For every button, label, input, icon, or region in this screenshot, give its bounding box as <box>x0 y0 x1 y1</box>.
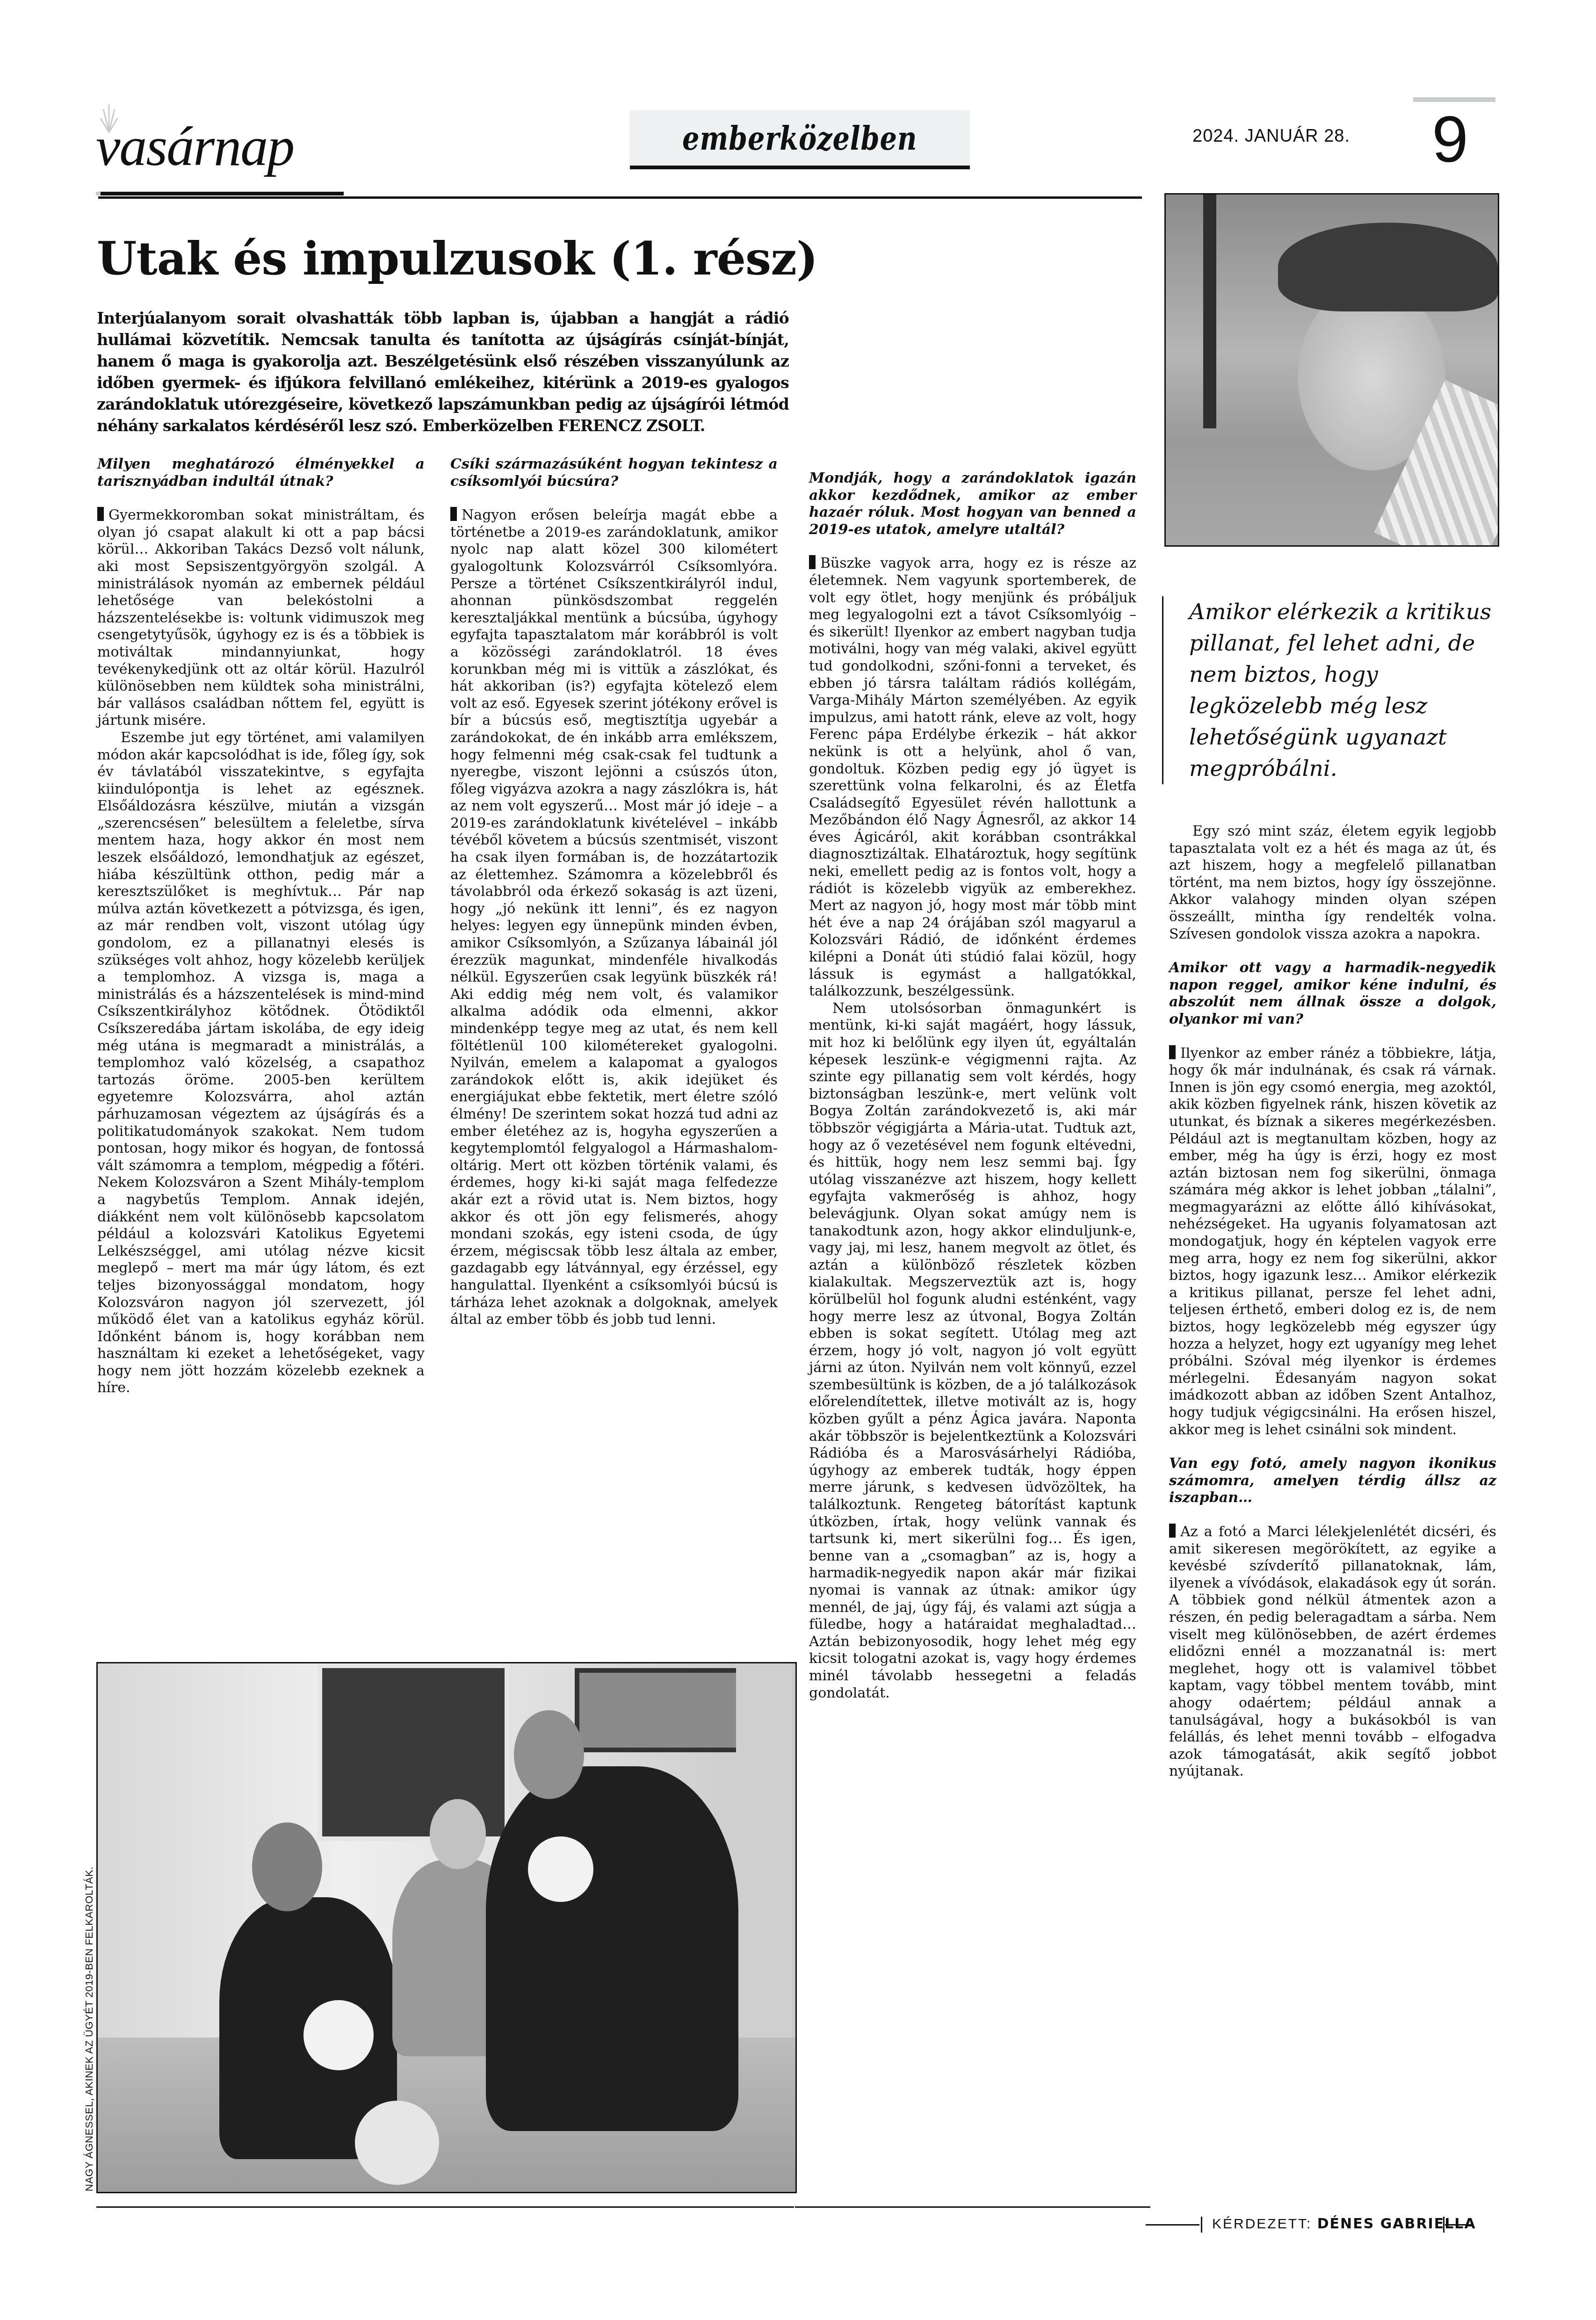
interview-question: Amikor ott vagy a harmadik-negyedik napo… <box>1169 960 1496 1028</box>
pull-quote: Amikor elérkezik a kritikus pillanat, fe… <box>1162 596 1517 784</box>
column-2: Csíki származásúként hogyan tekintesz a … <box>450 456 778 1644</box>
page-number: 9 <box>1432 107 1468 172</box>
photo-hair <box>1278 223 1498 311</box>
issue-date: 2024. JANUÁR 28. <box>1192 126 1350 146</box>
page-number-box: 9 <box>1413 97 1495 203</box>
masthead-logo: vasárnap <box>96 119 294 174</box>
answer-marker-icon <box>809 555 816 569</box>
byline-rule-right <box>1445 2224 1473 2226</box>
answer-paragraph: Nem utolsósorban önmagunkért is mentünk,… <box>809 1000 1136 1702</box>
column-3: Mondják, hogy a zarándoklatok igazán akk… <box>809 470 1136 1702</box>
masthead: vasárnap <box>96 101 348 175</box>
photo-head-center <box>430 1799 486 1869</box>
photo-painting <box>575 1668 752 1752</box>
photo-bottom-rule <box>96 2206 794 2208</box>
group-photo <box>96 1662 797 2193</box>
answer-marker-icon <box>97 507 104 521</box>
answer-marker-icon <box>1169 1524 1176 1538</box>
answer-paragraph: Büszke vagyok arra, hogy ez is része az … <box>809 555 1136 1000</box>
answer-paragraph: Ilyenkor az ember ránéz a többiekre, lát… <box>1169 1045 1496 1439</box>
section-title: emberközelben <box>682 119 917 158</box>
answer-marker-icon <box>1169 1045 1176 1059</box>
section-label: emberközelben <box>630 110 970 169</box>
photo-head-right <box>514 1710 584 1799</box>
answer-paragraph: Egy szó mint száz, életem egyik legjobb … <box>1169 823 1496 943</box>
photo-tree <box>1203 195 1216 428</box>
article-title: Utak és impulzusok (1. rész) <box>97 234 817 284</box>
photo-head-left <box>252 1822 322 1911</box>
answer-marker-icon <box>450 507 457 521</box>
photo-shirt <box>1374 380 1499 547</box>
byline: KÉRDEZETT: DÉNES GABRIELLA <box>1146 2216 1501 2234</box>
byline-text: KÉRDEZETT: DÉNES GABRIELLA <box>1212 2216 1476 2232</box>
interview-question: Van egy fotó, amely nagyon ikonikus szám… <box>1169 1455 1496 1507</box>
portrait-photo <box>1164 193 1499 547</box>
photo-tshirt-logo <box>303 2000 374 2070</box>
page-number-bar-top <box>1413 97 1495 102</box>
interview-question: Csíki származásúként hogyan tekintesz a … <box>450 456 778 490</box>
column-1: Milyen meghatározó élményekkel a tariszn… <box>97 456 425 1397</box>
byline-rule-left <box>1146 2224 1199 2226</box>
interview-question: Milyen meghatározó élményekkel a tariszn… <box>97 456 425 490</box>
answer-paragraph: Gyermekkoromban sokat ministráltam, és o… <box>97 507 425 730</box>
article-lead: Interjúalanyom sorait olvashatták több l… <box>97 308 789 437</box>
photo-tshirt-logo <box>528 1836 593 1902</box>
header-rule <box>98 196 1142 199</box>
interview-question: Mondják, hogy a zarándoklatok igazán akk… <box>809 470 1136 538</box>
column-4: Egy szó mint száz, életem egyik legjobb … <box>1169 823 1496 1780</box>
answer-paragraph: Nagyon erősen beleírja magát ebbe a tört… <box>450 507 778 1329</box>
photo-caption: NAGY ÁGNESSEL, AKINEK AZ ÜGYÉT 2019-BEN … <box>83 1866 95 2191</box>
photo-bag-logo <box>355 2101 439 2185</box>
column-3-bottom-rule <box>795 2206 1150 2208</box>
answer-paragraph: Az a fotó a Marci lélekjelenlétét dicsér… <box>1169 1524 1496 1780</box>
masthead-underline <box>101 192 344 195</box>
byline-tick-right <box>1443 2217 1444 2233</box>
answer-paragraph: Eszembe jut egy történet, ami valamilyen… <box>97 730 425 1397</box>
byline-tick-left <box>1201 2217 1202 2233</box>
photo-person-right <box>486 1766 738 2131</box>
